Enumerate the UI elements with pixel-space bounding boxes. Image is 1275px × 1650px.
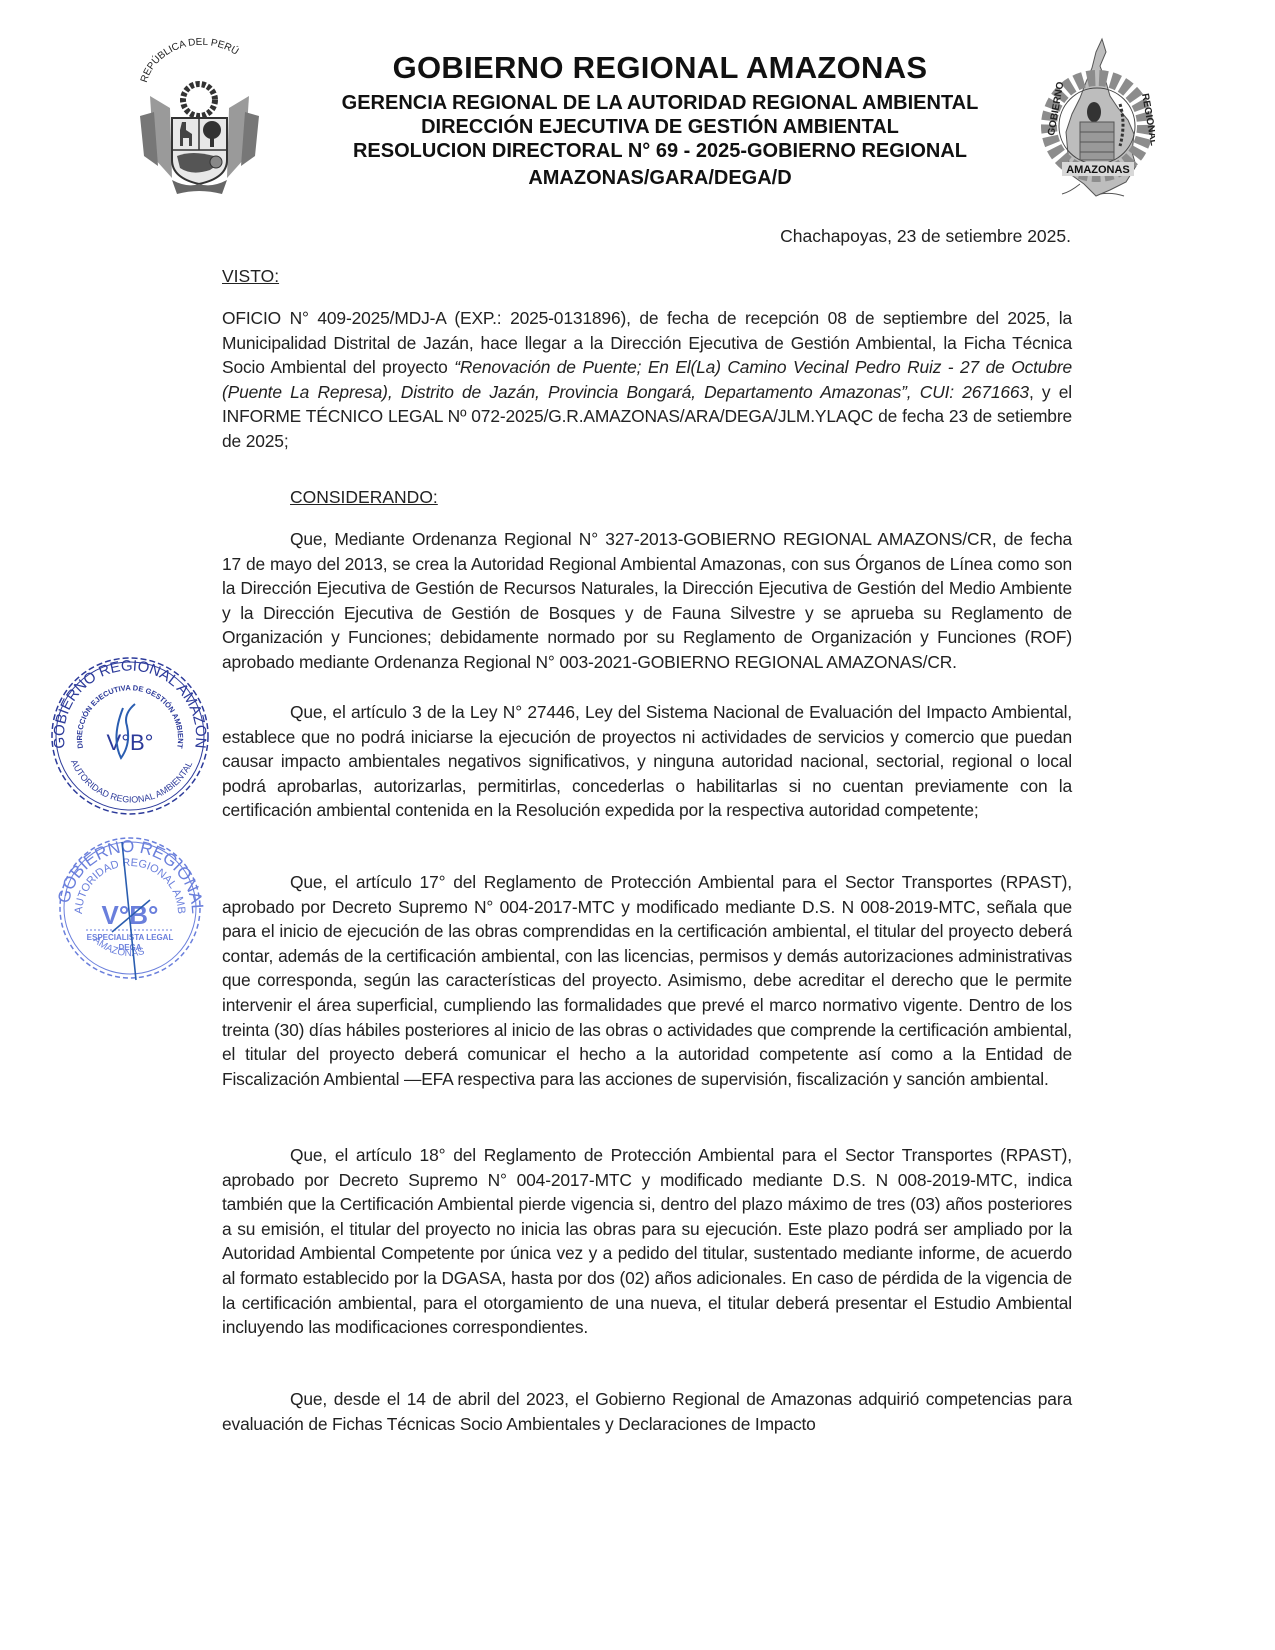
paragraph-text: Que, el artículo 17° del Reglamento de P… (222, 872, 1072, 1089)
document-date: Chachapoyas, 23 de setiembre 2025. (780, 226, 1071, 247)
visto-heading: VISTO: (222, 266, 279, 287)
considerando-paragraph: Que, Mediante Ordenanza Regional N° 327-… (222, 527, 1072, 675)
resolution-number: RESOLUCION DIRECTORAL N° 69 - 2025-GOBIE… (290, 138, 1030, 164)
svg-text:AMAZONAS: AMAZONAS (1066, 164, 1130, 176)
emblem-left-text: REPÚBLICA DEL PERÚ (139, 38, 242, 84)
svg-text:AUTORIDAD REGIONAL AMBIENTAL: AUTORIDAD REGIONAL AMBIENTAL (69, 758, 194, 805)
header-line-gerencia: GERENCIA REGIONAL DE LA AUTORIDAD REGION… (290, 90, 1030, 116)
considerando-paragraph: Que, desde el 14 de abril del 2023, el G… (222, 1387, 1072, 1436)
considerando-heading: CONSIDERANDO: (290, 487, 438, 508)
especialista-legal-stamp-icon: GOBIERNO REGIONAL AUTORIDAD REGIONAL AMB… (52, 832, 207, 982)
organization-title: GOBIERNO REGIONAL AMAZONAS (290, 50, 1030, 86)
considerando-paragraph: Que, el artículo 18° del Reglamento de P… (222, 1143, 1072, 1340)
considerando-paragraph: Que, el artículo 17° del Reglamento de P… (222, 870, 1072, 1091)
paragraph-text: Que, el artículo 3 de la Ley N° 27446, L… (222, 702, 1072, 820)
visto-bueno-stamp-icon: GOBIERNO REGIONAL AMAZONAS DIRECCIÓN EJE… (45, 648, 215, 818)
visto-paragraph: OFICIO N° 409-2025/MDJ-A (EXP.: 2025-013… (222, 306, 1072, 454)
paragraph-text: Que, Mediante Ordenanza Regional N° 327-… (222, 529, 1072, 672)
svg-text:V°B°: V°B° (107, 730, 154, 755)
gobierno-regional-amazonas-logo-icon: GOBIERNO REGIONAL AMAZONAS (1040, 34, 1155, 199)
resolution-number-cont: AMAZONAS/GARA/DEGA/D (290, 165, 1030, 191)
paragraph-text: Que, desde el 14 de abril del 2023, el G… (222, 1389, 1072, 1434)
peru-coat-of-arms-icon: REPÚBLICA DEL PERÚ (132, 38, 267, 196)
paragraph-text: Que, el artículo 18° del Reglamento de P… (222, 1145, 1072, 1337)
considerando-paragraph: Que, el artículo 3 de la Ley N° 27446, L… (222, 700, 1072, 823)
header-line-direccion: DIRECCIÓN EJECUTIVA DE GESTIÓN AMBIENTAL (290, 114, 1030, 140)
